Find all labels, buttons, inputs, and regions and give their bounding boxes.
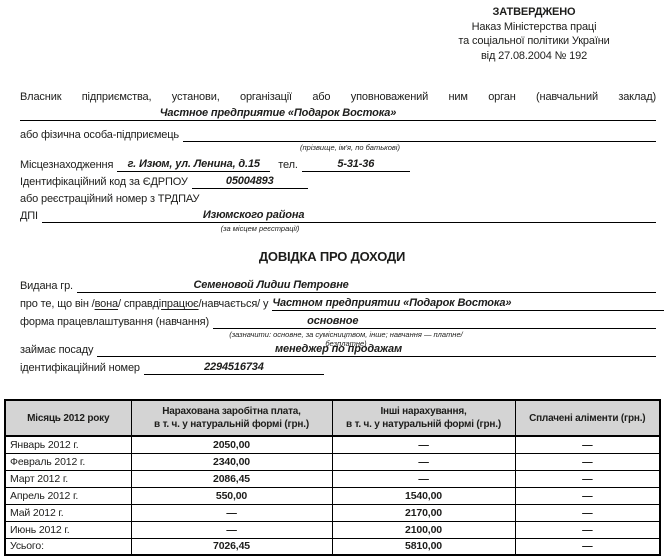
table-header-row: Місяць 2012 року Нарахована заробітна пл… bbox=[5, 400, 660, 436]
total-other-cell: 5810,00 bbox=[332, 538, 515, 555]
individual-label: або фізична особа-підприємець bbox=[20, 129, 183, 142]
month-cell: Апрель 2012 г. bbox=[5, 487, 131, 504]
issued-label: Видана гр. bbox=[20, 280, 77, 293]
owner-value: Частное предприятие «Подарок Востока» bbox=[160, 107, 396, 120]
month-cell: Июнь 2012 г. bbox=[5, 521, 131, 538]
edrpou-value-line: 05004893 bbox=[192, 173, 308, 189]
table-row: Июнь 2012 г. — 2100,00 — bbox=[5, 521, 660, 538]
other-cell: — bbox=[332, 436, 515, 453]
location-value: г. Изюм, ул. Ленина, д.15 bbox=[128, 158, 260, 171]
works-label-part2: / справді bbox=[118, 298, 161, 311]
month-cell: Март 2012 г. bbox=[5, 470, 131, 487]
edrpou-value: 05004893 bbox=[226, 175, 274, 188]
approval-line-3: та соціальної політики України bbox=[426, 34, 642, 49]
dpi-label: ДПІ bbox=[20, 210, 42, 223]
works-choice-works: працює bbox=[161, 298, 198, 311]
month-cell: Январь 2012 г. bbox=[5, 436, 131, 453]
table-row: Январь 2012 г. 2050,00 — — bbox=[5, 436, 660, 453]
other-cell: 2170,00 bbox=[332, 504, 515, 521]
approval-line-4: від 27.08.2004 № 192 bbox=[426, 49, 642, 64]
table-row: Апрель 2012 г. 550,00 1540,00 — bbox=[5, 487, 660, 504]
total-alimony-cell: — bbox=[515, 538, 660, 555]
works-value-line: Частном предприятии «Подарок Востока» bbox=[272, 295, 664, 311]
month-cell: Февраль 2012 г. bbox=[5, 453, 131, 470]
position-label: займає посаду bbox=[20, 344, 97, 357]
owner-label: Власник підприємства, установи, організа… bbox=[20, 91, 656, 105]
phone-value: 5-31-36 bbox=[337, 158, 374, 171]
other-cell: — bbox=[332, 453, 515, 470]
total-salary-cell: 7026,45 bbox=[131, 538, 332, 555]
tax-id-label: ідентифікаційний номер bbox=[20, 362, 144, 375]
approval-line-2: Наказ Міністерства праці bbox=[426, 20, 642, 35]
issued-value-line: Семеновой Лидии Петровне bbox=[77, 277, 656, 293]
table-row: Март 2012 г. 2086,45 — — bbox=[5, 470, 660, 487]
alimony-cell: — bbox=[515, 521, 660, 538]
table-row: Май 2012 г. — 2170,00 — bbox=[5, 504, 660, 521]
income-table: Місяць 2012 року Нарахована заробітна пл… bbox=[4, 399, 661, 556]
alimony-cell: — bbox=[515, 436, 660, 453]
phone-label: тел. bbox=[270, 159, 302, 172]
trdpau-label: або реєстраційний номер з ТРДПАУ bbox=[20, 193, 203, 206]
individual-value-line bbox=[183, 126, 656, 142]
alimony-cell: — bbox=[515, 453, 660, 470]
tax-id-value: 2294516734 bbox=[204, 361, 264, 374]
month-cell: Май 2012 г. bbox=[5, 504, 131, 521]
individual-hint: (прізвище, ім'я, по батькові) bbox=[200, 143, 500, 152]
tax-id-value-line: 2294516734 bbox=[144, 359, 324, 375]
location-value-line: г. Изюм, ул. Ленина, д.15 bbox=[117, 156, 270, 172]
col-header-month: Місяць 2012 року bbox=[5, 400, 131, 436]
other-cell: — bbox=[332, 470, 515, 487]
works-value: Частном предприятии «Подарок Востока» bbox=[272, 297, 511, 310]
table-row: Февраль 2012 г. 2340,00 — — bbox=[5, 453, 660, 470]
position-value-line: менеджер по продажам bbox=[97, 341, 656, 357]
table-total-row: Усього: 7026,45 5810,00 — bbox=[5, 538, 660, 555]
salary-cell: — bbox=[131, 504, 332, 521]
employment-form-label: форма працевлаштування (навчання) bbox=[20, 316, 213, 329]
employment-form-value: основное bbox=[307, 315, 358, 328]
salary-cell: — bbox=[131, 521, 332, 538]
alimony-cell: — bbox=[515, 487, 660, 504]
salary-cell: 2050,00 bbox=[131, 436, 332, 453]
col-header-alimony: Сплачені аліменти (грн.) bbox=[515, 400, 660, 436]
other-cell: 1540,00 bbox=[332, 487, 515, 504]
income-certificate-document: ЗАТВЕРДЖЕНО Наказ Міністерства праці та … bbox=[0, 0, 664, 560]
alimony-cell: — bbox=[515, 504, 660, 521]
issued-value: Семеновой Лидии Петровне bbox=[193, 279, 348, 292]
other-cell: 2100,00 bbox=[332, 521, 515, 538]
works-label-part1: про те, що він / bbox=[20, 298, 95, 311]
total-label-cell: Усього: bbox=[5, 538, 131, 555]
alimony-cell: — bbox=[515, 470, 660, 487]
approval-line-1: ЗАТВЕРДЖЕНО bbox=[426, 5, 642, 20]
dpi-value-line: Изюмского района bbox=[42, 207, 656, 223]
col-header-other: Інші нарахування, в т. ч. у натуральній … bbox=[332, 400, 515, 436]
salary-cell: 2340,00 bbox=[131, 453, 332, 470]
salary-cell: 550,00 bbox=[131, 487, 332, 504]
salary-cell: 2086,45 bbox=[131, 470, 332, 487]
dpi-value: Изюмского района bbox=[203, 209, 304, 222]
works-label-part3: /навчається/ у bbox=[199, 298, 273, 311]
works-choice-she: вона bbox=[95, 298, 118, 311]
document-title: ДОВІДКА ПРО ДОХОДИ bbox=[0, 249, 664, 264]
owner-value-line: Частное предприятие «Подарок Востока» bbox=[20, 105, 656, 121]
dpi-hint: (за місцем реєстрації) bbox=[140, 224, 380, 233]
edrpou-label: Ідентифікаційний код за ЄДРПОУ bbox=[20, 176, 192, 189]
col-header-salary: Нарахована заробітна плата, в т. ч. у на… bbox=[131, 400, 332, 436]
position-value: менеджер по продажам bbox=[275, 343, 402, 356]
phone-value-line: 5-31-36 bbox=[302, 156, 410, 172]
employment-form-value-line: основное bbox=[213, 313, 656, 329]
location-label: Місцезнаходження bbox=[20, 159, 117, 172]
approval-block: ЗАТВЕРДЖЕНО Наказ Міністерства праці та … bbox=[426, 5, 642, 63]
